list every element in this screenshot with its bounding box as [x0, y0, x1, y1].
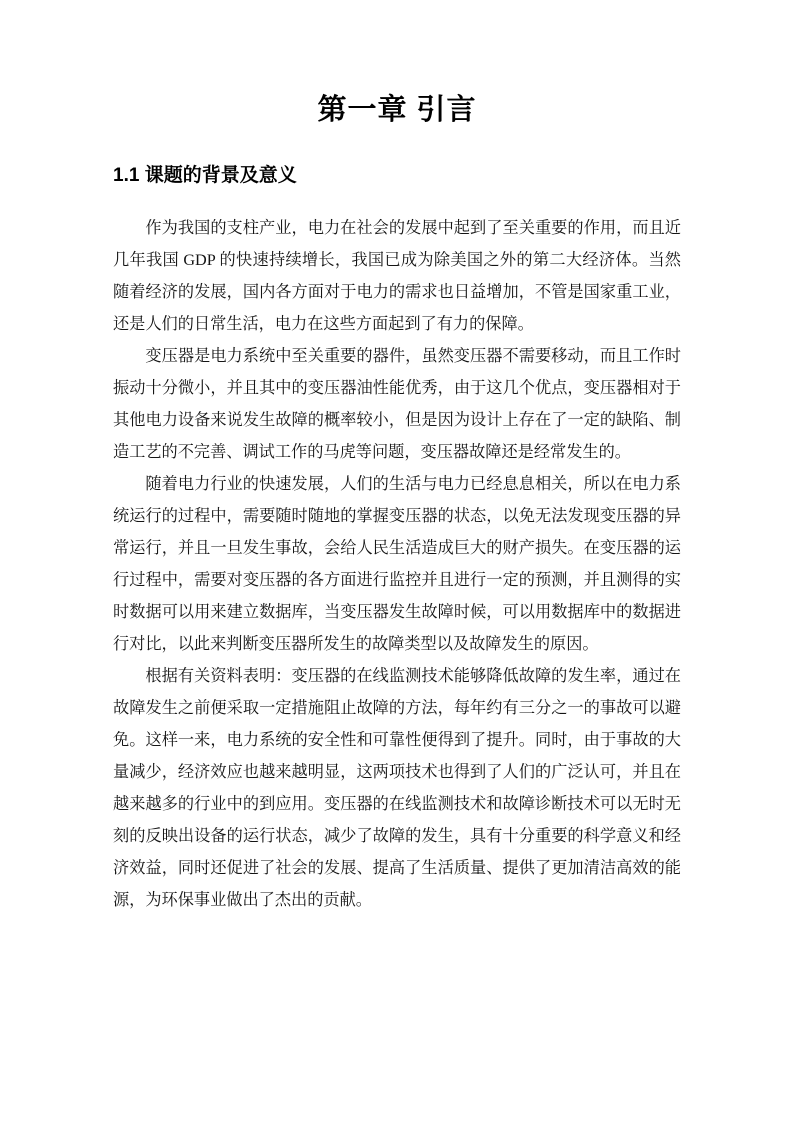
paragraph-1: 作为我国的支柱产业，电力在社会的发展中起到了至关重要的作用，而且近几年我国 GD… [113, 212, 681, 340]
body-text: 作为我国的支柱产业，电力在社会的发展中起到了至关重要的作用，而且近几年我国 GD… [113, 212, 681, 916]
chapter-title: 第一章 引言 [113, 90, 681, 130]
paragraph-2: 变压器是电力系统中至关重要的器件，虽然变压器不需要移动，而且工作时振动十分微小，… [113, 340, 681, 468]
paragraph-3: 随着电力行业的快速发展，人们的生活与电力已经息息相关，所以在电力系统运行的过程中… [113, 468, 681, 660]
paragraph-4: 根据有关资料表明：变压器的在线监测技术能够降低故障的发生率，通过在故障发生之前便… [113, 660, 681, 916]
document-page: 第一章 引言 1.1 课题的背景及意义 作为我国的支柱产业，电力在社会的发展中起… [0, 0, 793, 1122]
section-heading: 1.1 课题的背景及意义 [113, 164, 681, 188]
